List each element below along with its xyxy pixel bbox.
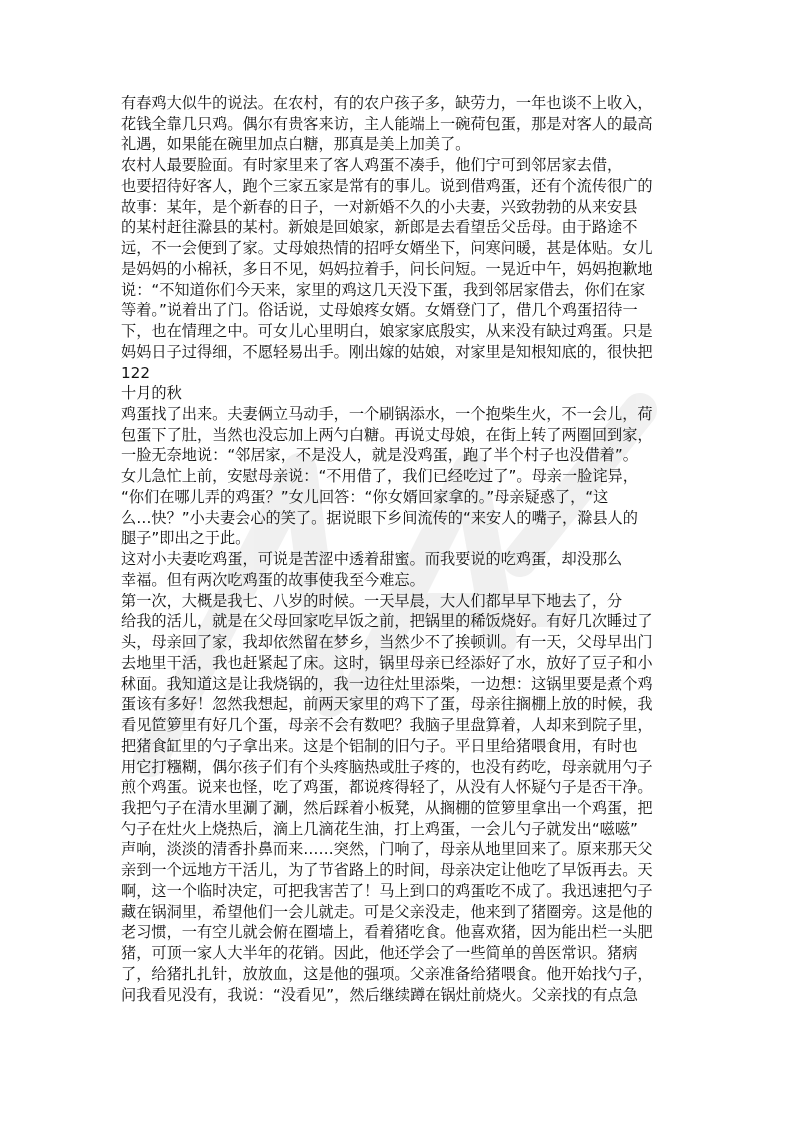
text-line: 下，也在情理之中。可女儿心里明白，娘家家底殷实，从来没有缺过鸡蛋。只是 [121, 321, 681, 342]
text-line: 声响，淡淡的清香扑鼻而来……突然，门响了，母亲从地里回来了。原来那天父 [121, 839, 681, 860]
text-line: 啊，这一个临时决定，可把我害苦了！马上到口的鸡蛋吃不成了。我迅速把勺子 [121, 881, 681, 902]
text-line: 把猪食缸里的勺子拿出来。这是个铝制的旧勺子。平日里给猪喂食用，有时也 [121, 736, 681, 757]
text-line: 我把勺子在清水里涮了涮，然后踩着小板凳，从搁棚的笸箩里拿出一个鸡蛋，把 [121, 798, 681, 819]
running-title: 十月的秋 [121, 383, 681, 404]
text-line: 鸡蛋找了出来。夫妻俩立马动手，一个刷锅添水，一个抱柴生火，不一会儿，荷 [121, 404, 681, 425]
text-line: 老习惯，一有空儿就会俯在圈墙上，看着猪吃食。他喜欢猪，因为能出栏一头肥 [121, 922, 681, 943]
text-line: 猪，可顶一家人大半年的花销。因此，他还学会了一些简单的兽医常识。猪病 [121, 943, 681, 964]
text-line: 第一次，大概是我七、八岁的时候。一天早晨，大人们都早早下地去了，分 [121, 591, 681, 612]
text-line: 问我看见没有，我说：“没看见”，然后继续蹲在锅灶前烧火。父亲找的有点急 [121, 985, 681, 1006]
text-line: 勺子在灶火上烧热后，滴上几滴花生油，打上鸡蛋，一会儿勺子就发出“嗞嗞” [121, 819, 681, 840]
text-line: 的某村赶往滁县的某村。新娘是回娘家，新郎是去看望岳父岳母。由于路途不 [121, 217, 681, 238]
text-line: 礼遇，如果能在碗里加点白糖，那真是美上加美了。 [121, 134, 681, 155]
text-line: 远，不一会便到了家。丈母娘热情的招呼女婿坐下，问寒问暖，甚是体贴。女儿 [121, 238, 681, 259]
text-line: 腿子”即出之于此。 [121, 528, 681, 549]
text-line: 故事：某年，是个新春的日子，一对新婚不久的小夫妻，兴致勃勃的从来安县 [121, 197, 681, 218]
text-line: 妈妈日子过得细，不愿轻易出手。刚出嫁的姑娘，对家里是知根知底的，很快把 [121, 342, 681, 363]
body-text: 有春鸡大似牛的说法。在农村，有的农户孩子多，缺劳力，一年也谈不上收入， 花钱全靠… [121, 93, 681, 1005]
text-line: 也要招待好客人，跑个三家五家是常有的事儿。说到借鸡蛋，还有个流传很广的 [121, 176, 681, 197]
text-line: 了，给猪扎扎针，放放血，这是他的强项。父亲准备给猪喂食。他开始找勺子， [121, 964, 681, 985]
text-line: “你们在哪儿弄的鸡蛋？”女儿回答：“你女婿回家拿的。”母亲疑惑了，“这 [121, 487, 681, 508]
text-line: 说：“不知道你们今天来，家里的鸡这几天没下蛋，我到邻居家借去，你们在家 [121, 280, 681, 301]
text-line: 等着。”说着出了门。俗话说，丈母娘疼女婿。女婿登门了，借几个鸡蛋招待一 [121, 300, 681, 321]
text-line: 亲到一个远地方干活儿，为了节省路上的时间，母亲决定让他吃了早饭再去。天 [121, 860, 681, 881]
text-line: 藏在锅洞里，希望他们一会儿就走。可是父亲没走，他来到了猪圈旁。这是他的 [121, 902, 681, 923]
text-line: 蛋该有多好！忽然我想起，前两天家里的鸡下了蛋，母亲往搁棚上放的时候，我 [121, 694, 681, 715]
text-line: 煎个鸡蛋。说来也怪，吃了鸡蛋，都说疼得轻了，从没有人怀疑勺子是否干净。 [121, 777, 681, 798]
text-line: 看见笸箩里有好几个蛋，母亲不会有数吧？我脑子里盘算着，人却来到院子里， [121, 715, 681, 736]
text-line: 用它打糨糊，偶尔孩子们有个头疼脑热或肚子疼的，也没有药吃，母亲就用勺子 [121, 757, 681, 778]
text-line: 这对小夫妻吃鸡蛋，可说是苦涩中透着甜蜜。而我要说的吃鸡蛋，却没那么 [121, 549, 681, 570]
text-line: 包蛋下了肚，当然也没忘加上两勺白糖。再说丈母娘，在街上转了两圈回到家， [121, 425, 681, 446]
text-line: 花钱全靠几只鸡。偶尔有贵客来访，主人能端上一碗荷包蛋，那是对客人的最高 [121, 114, 681, 135]
text-line: 给我的活儿，就是在父母回家吃早饭之前，把锅里的稀饭烧好。有好几次睡过了 [121, 611, 681, 632]
text-line: 幸福。但有两次吃鸡蛋的故事使我至今难忘。 [121, 570, 681, 591]
text-line: 有春鸡大似牛的说法。在农村，有的农户孩子多，缺劳力，一年也谈不上收入， [121, 93, 681, 114]
text-line: 秫面。我知道这是让我烧锅的，我一边往灶里添柴，一边想：这锅里要是煮个鸡 [121, 674, 681, 695]
text-line: 农村人最要脸面。有时家里来了客人鸡蛋不凑手，他们宁可到邻居家去借， [121, 155, 681, 176]
text-line: 么…快？”小夫妻会心的笑了。据说眼下乡间流传的“来安人的嘴子，滁县人的 [121, 508, 681, 529]
text-line: 去地里干活，我也赶紧起了床。这时，锅里母亲已经添好了水，放好了豆子和小 [121, 653, 681, 674]
text-line: 一脸无奈地说：“邻居家，不是没人，就是没鸡蛋，跑了半个村子也没借着”。 [121, 445, 681, 466]
text-line: 头，母亲回了家，我却依然留在梦乡，当然少不了挨顿训。有一天，父母早出门 [121, 632, 681, 653]
page-number: 122 [121, 363, 681, 384]
document-page: 有春鸡大似牛的说法。在农村，有的农户孩子多，缺劳力，一年也谈不上收入， 花钱全靠… [0, 0, 793, 1122]
text-line: 女儿急忙上前，安慰母亲说：“不用借了，我们已经吃过了”。母亲一脸诧异， [121, 466, 681, 487]
text-line: 是妈妈的小棉袄，多日不见，妈妈拉着手，问长问短。一晃近中午，妈妈抱歉地 [121, 259, 681, 280]
